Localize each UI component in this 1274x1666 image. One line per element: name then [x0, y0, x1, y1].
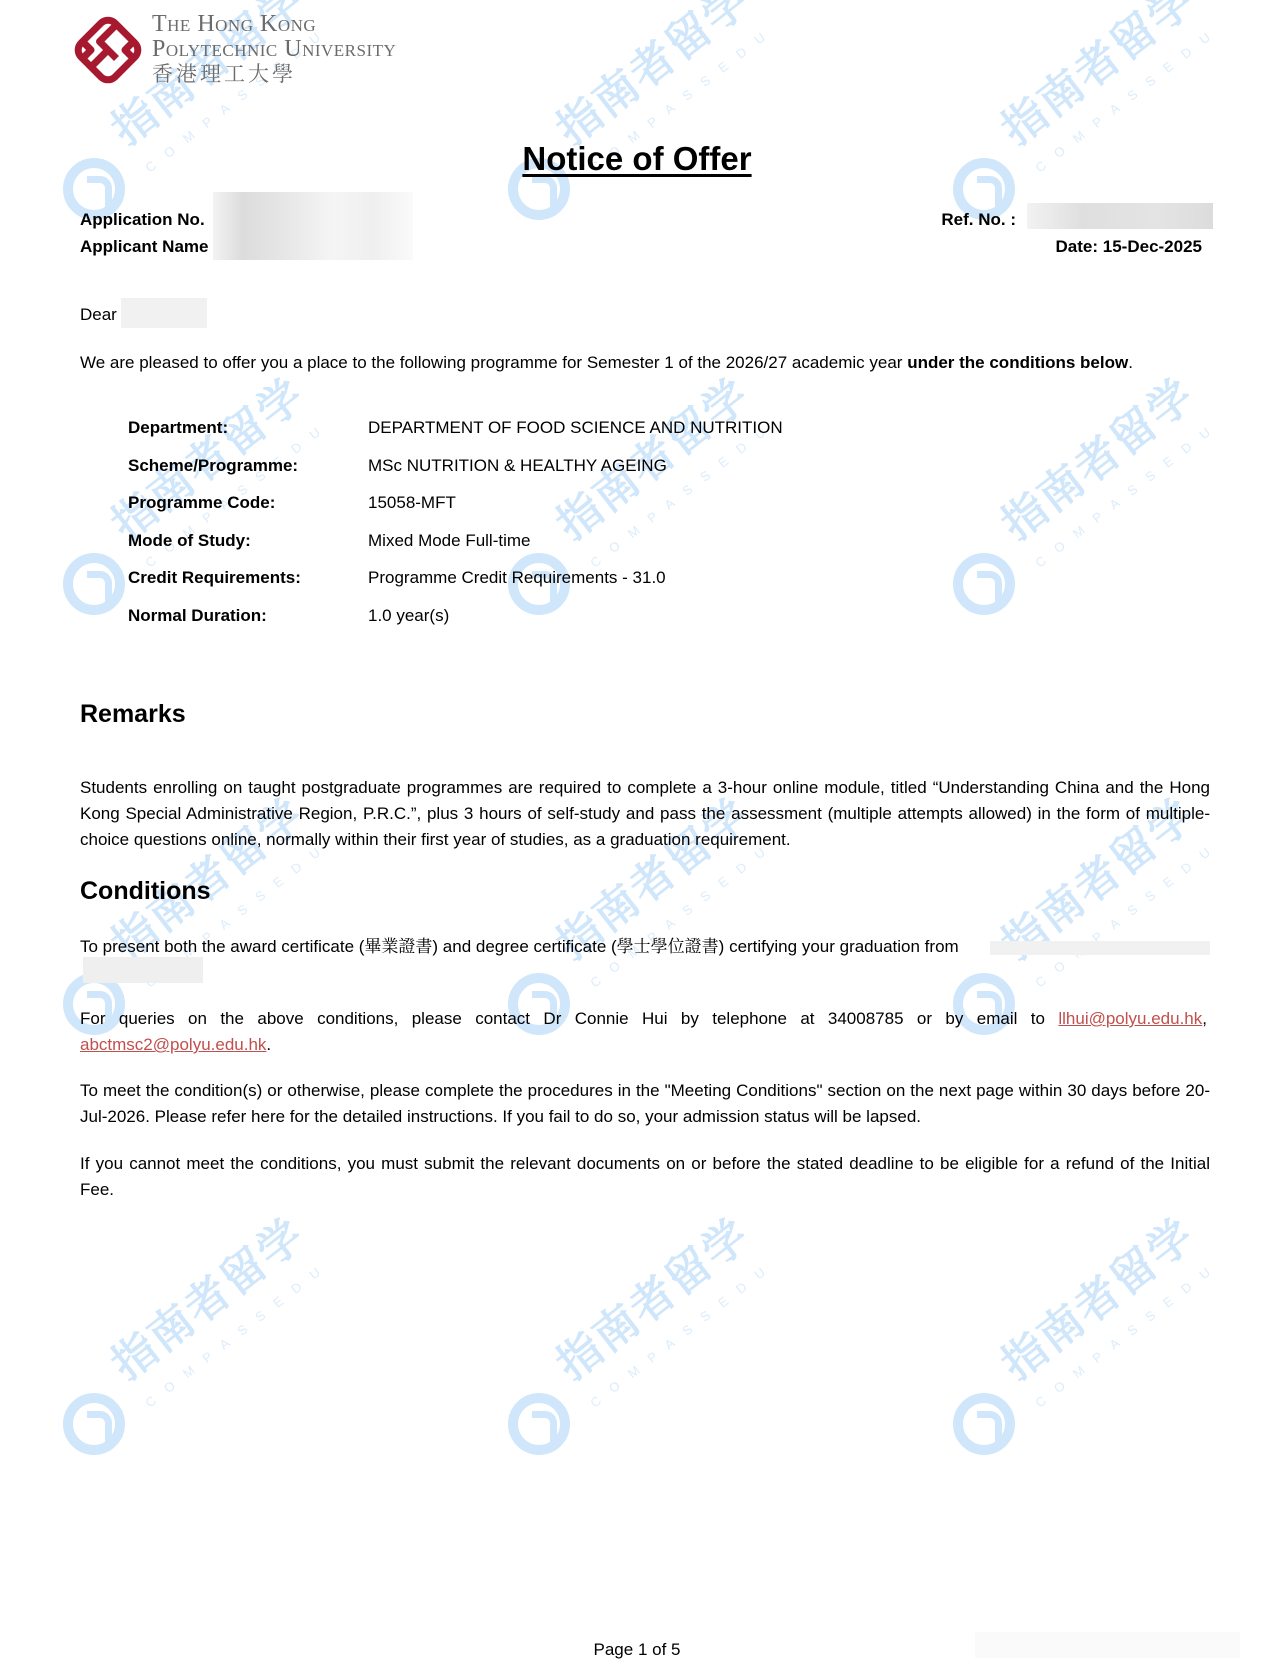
detail-label: Department: [128, 418, 368, 456]
meet-conditions-paragraph: To meet the condition(s) or otherwise, p… [80, 1078, 1210, 1130]
ref-no-label: Ref. No. : [941, 206, 1016, 233]
remarks-heading: Remarks [80, 700, 186, 729]
period: . [266, 1035, 271, 1054]
application-no-label: Application No. [80, 206, 208, 233]
applicant-name-label: Applicant Name [80, 233, 208, 260]
offer-date: Date: 15-Dec-2025 [941, 233, 1202, 260]
detail-value: 15058-MFT [368, 493, 456, 531]
remarks-paragraph: Students enrolling on taught postgraduat… [80, 775, 1210, 853]
logo-line-1: The Hong Kong [152, 12, 396, 37]
programme-details: Department:DEPARTMENT OF FOOD SCIENCE AN… [128, 418, 783, 643]
intro-bold-text: under the conditions below [907, 353, 1128, 372]
offer-letter-page: The Hong Kong Polytechnic University 香港理… [0, 0, 1274, 1666]
detail-value: MSc NUTRITION & HEALTHY AGEING [368, 456, 667, 494]
detail-label: Credit Requirements: [128, 568, 368, 606]
detail-row-mode: Mode of Study:Mixed Mode Full-time [128, 531, 783, 569]
intro-paragraph: We are pleased to offer you a place to t… [80, 353, 1133, 373]
detail-label: Programme Code: [128, 493, 368, 531]
detail-value: DEPARTMENT OF FOOD SCIENCE AND NUTRITION [368, 418, 783, 456]
logo-line-2: Polytechnic University [152, 37, 396, 62]
detail-value: Mixed Mode Full-time [368, 531, 531, 569]
logo-chinese-name: 香港理工大學 [152, 64, 396, 85]
email-link-llhui[interactable]: llhui@polyu.edu.hk [1058, 1009, 1202, 1028]
salutation: Dear [80, 305, 117, 325]
intro-text: We are pleased to offer you a place to t… [80, 353, 907, 372]
queries-text: For queries on the above conditions, ple… [80, 1009, 1058, 1028]
queries-paragraph-cont: abctmsc2@polyu.edu.hk. [80, 1032, 1210, 1058]
detail-row-credits: Credit Requirements:Programme Credit Req… [128, 568, 783, 606]
detail-value: Programme Credit Requirements - 31.0 [368, 568, 666, 606]
applicant-meta: Application No. Applicant Name [80, 206, 208, 260]
detail-row-code: Programme Code:15058-MFT [128, 493, 783, 531]
separator: , [1202, 1009, 1207, 1028]
redacted-institution [990, 941, 1210, 955]
detail-label: Mode of Study: [128, 531, 368, 569]
redacted-name [121, 298, 207, 328]
detail-label: Normal Duration: [128, 606, 368, 644]
redacted-applicant-info [213, 192, 413, 260]
intro-end: . [1128, 353, 1133, 372]
detail-value: 1.0 year(s) [368, 606, 449, 644]
detail-row-duration: Normal Duration:1.0 year(s) [128, 606, 783, 644]
reference-meta: Ref. No. : Date: 15-Dec-2025 [941, 206, 1202, 260]
refund-paragraph: If you cannot meet the conditions, you m… [80, 1151, 1210, 1203]
detail-label: Scheme/Programme: [128, 456, 368, 494]
page-number: Page 1 of 5 [0, 1640, 1274, 1660]
queries-paragraph: For queries on the above conditions, ple… [80, 1006, 1207, 1032]
detail-row-programme: Scheme/Programme:MSc NUTRITION & HEALTHY… [128, 456, 783, 494]
detail-row-department: Department:DEPARTMENT OF FOOD SCIENCE AN… [128, 418, 783, 456]
conditions-heading: Conditions [80, 877, 211, 906]
redacted-institution [83, 957, 203, 983]
email-link-abctmsc2[interactable]: abctmsc2@polyu.edu.hk [80, 1035, 266, 1054]
page-title: Notice of Offer [0, 140, 1274, 178]
polyu-emblem-icon [70, 12, 146, 88]
university-logo: The Hong Kong Polytechnic University 香港理… [70, 12, 396, 88]
